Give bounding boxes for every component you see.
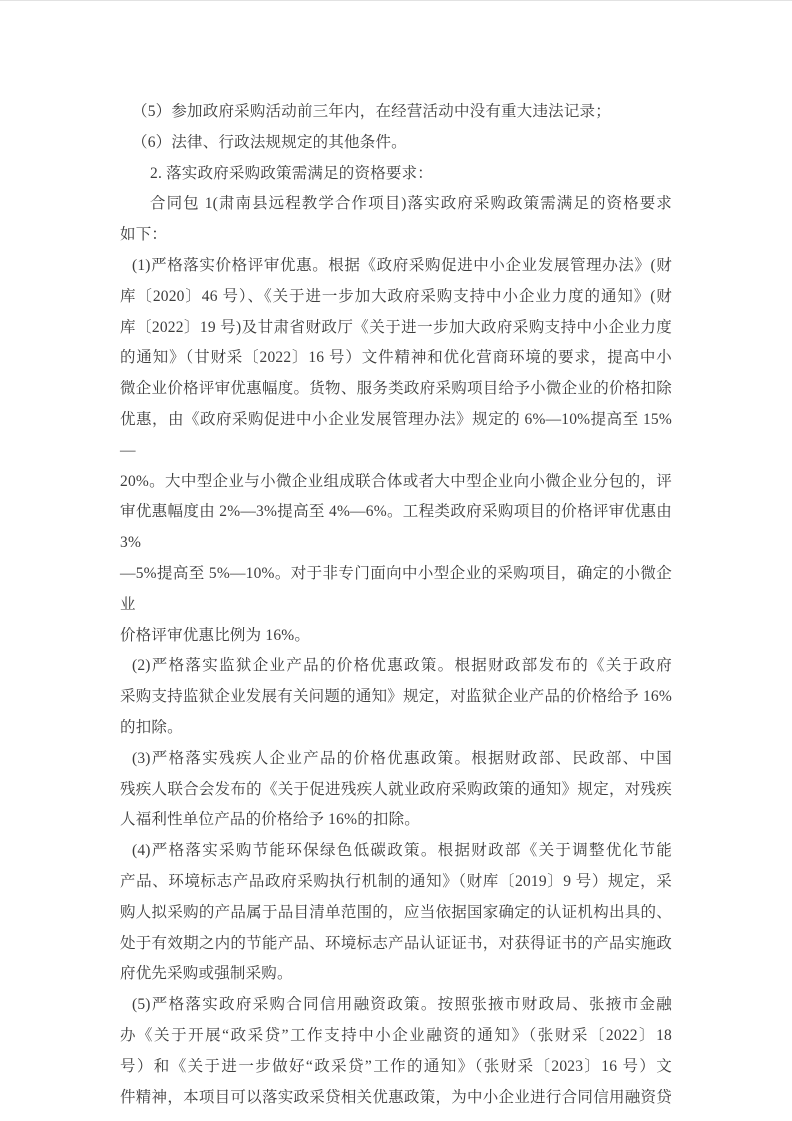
text-line: 库〔2020〕46 号）、《关于进一步加大政府采购支持中小企业力度的通知》(财	[120, 282, 672, 313]
text-line: (2)严格落实监狱企业产品的价格优惠政策。根据财政部发布的《关于政府	[120, 651, 672, 682]
text-line: 如下：	[120, 220, 672, 251]
text-line: 的扣除。	[120, 713, 672, 744]
text-line: 号）和《关于进一步做好“政采贷”工作的通知》（张财采〔2023〕16 号）文	[120, 1052, 672, 1083]
document-page: （5）参加政府采购活动前三年内，在经营活动中没有重大违法记录；（6）法律、行政法…	[0, 0, 792, 1121]
text-line: (1)严格落实价格评审优惠。根据《政府采购促进中小企业发展管理办法》(财	[120, 251, 672, 282]
paragraph: (1)严格落实价格评审优惠。根据《政府采购促进中小企业发展管理办法》(财库〔20…	[120, 251, 672, 651]
text-line: 优惠，由《政府采购促进中小企业发展管理办法》规定的 6%—10%提高至 15%—	[120, 405, 672, 467]
text-line: 价格评审优惠比例为 16%。	[120, 621, 672, 652]
text-line: 20%。大中型企业与小微企业组成联合体或者大中型企业向小微企业分包的，评	[120, 467, 672, 498]
text-line: （5）参加政府采购活动前三年内，在经营活动中没有重大违法记录；	[120, 97, 672, 128]
text-line: 微企业价格评审优惠幅度。货物、服务类政府采购项目给予小微企业的价格扣除	[120, 374, 672, 405]
text-line: 购人拟采购的产品属于品目清单范围的，应当依据国家确定的认证机构出具的、	[120, 898, 672, 929]
text-line: 产品、环境标志产品政府采购执行机制的通知》（财库〔2019〕9 号）规定，采	[120, 867, 672, 898]
text-line: 审优惠幅度由 2%—3%提高至 4%—6%。工程类政府采购项目的价格评审优惠由 …	[120, 497, 672, 559]
text-line: 办《关于开展“政采贷”工作支持中小企业融资的通知》（张财采〔2022〕18	[120, 1021, 672, 1052]
text-line: 残疾人联合会发布的《关于促进残疾人就业政府采购政策的通知》规定，对残疾	[120, 775, 672, 806]
text-line: 合同包 1(肃南县远程教学合作项目)落实政府采购政策需满足的资格要求	[120, 189, 672, 220]
text-line: 的通知》（甘财采〔2022〕16 号）文件精神和优化营商环境的要求，提高中小	[120, 343, 672, 374]
text-line: 府优先采购或强制采购。	[120, 959, 672, 990]
text-line: 2. 落实政府采购政策需满足的资格要求：	[120, 159, 672, 190]
paragraph: 合同包 1(肃南县远程教学合作项目)落实政府采购政策需满足的资格要求如下：	[120, 189, 672, 251]
paragraph: (3)严格落实残疾人企业产品的价格优惠政策。根据财政部、民政部、中国残疾人联合会…	[120, 744, 672, 836]
text-line: (3)严格落实残疾人企业产品的价格优惠政策。根据财政部、民政部、中国	[120, 744, 672, 775]
text-line: 人福利性单位产品的价格给予 16%的扣除。	[120, 805, 672, 836]
text-line: —5%提高至 5%—10%。对于非专门面向中小型企业的采购项目，确定的小微企业	[120, 559, 672, 621]
paragraph: (5)严格落实政府采购合同信用融资政策。按照张掖市财政局、张掖市金融办《关于开展…	[120, 990, 672, 1113]
paragraph: （5）参加政府采购活动前三年内，在经营活动中没有重大违法记录；	[120, 97, 672, 128]
paragraph: （6）法律、行政法规规定的其他条件。	[120, 128, 672, 159]
text-line: 库〔2022〕19 号)及甘肃省财政厅《关于进一步加大政府采购支持中小企业力度	[120, 313, 672, 344]
paragraph: (4)严格落实采购节能环保绿色低碳政策。根据财政部《关于调整优化节能产品、环境标…	[120, 836, 672, 990]
text-line: 件精神，本项目可以落实政采贷相关优惠政策，为中小企业进行合同信用融资贷	[120, 1083, 672, 1114]
text-line: 采购支持监狱企业发展有关问题的通知》规定，对监狱企业产品的价格给予 16%	[120, 682, 672, 713]
text-line: (5)严格落实政府采购合同信用融资政策。按照张掖市财政局、张掖市金融	[120, 990, 672, 1021]
text-line: （6）法律、行政法规规定的其他条件。	[120, 128, 672, 159]
text-line: 处于有效期之内的节能产品、环境标志产品认证证书，对获得证书的产品实施政	[120, 929, 672, 960]
text-line: (4)严格落实采购节能环保绿色低碳政策。根据财政部《关于调整优化节能	[120, 836, 672, 867]
paragraph: 2. 落实政府采购政策需满足的资格要求：	[120, 159, 672, 190]
paragraph: (2)严格落实监狱企业产品的价格优惠政策。根据财政部发布的《关于政府采购支持监狱…	[120, 651, 672, 743]
